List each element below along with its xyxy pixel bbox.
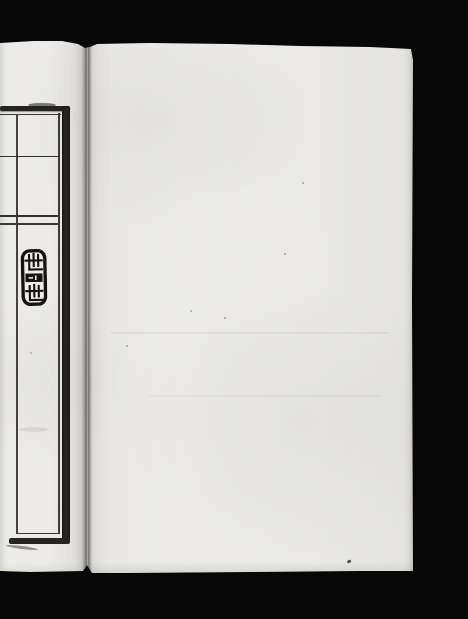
frame-bottom-inner-line [16,533,60,535]
paper-speck [224,317,226,319]
frame-top-border [0,106,70,111]
row-line-3 [0,223,58,225]
row-line-1 [0,156,58,158]
row-line-2 [0,215,58,217]
scan-viewport: 世一世 [0,0,468,619]
left-page: 世一世 [0,0,86,578]
paper-speck [30,352,32,354]
paper-streak [150,395,380,397]
book-spread-photo: 世一世 [0,0,415,578]
ink-smudge [20,427,48,432]
right-page [86,0,415,578]
seal-band [25,273,42,282]
frame-top-inner-line [0,114,61,116]
frame-bottom-border [9,538,70,544]
paper-speck [284,253,286,255]
paper-speck [302,182,304,184]
paper-speck [126,345,128,347]
seal-graphic: 世一世 [20,249,47,307]
generation-tab-seal: 世一世 [20,249,47,307]
paper-streak [110,332,390,334]
page-gutter-shadow [82,40,92,576]
frame-right-inner-line [58,113,60,533]
column-divider-line [16,114,18,534]
frame-right-border [62,106,70,544]
paper-speck [190,310,192,312]
